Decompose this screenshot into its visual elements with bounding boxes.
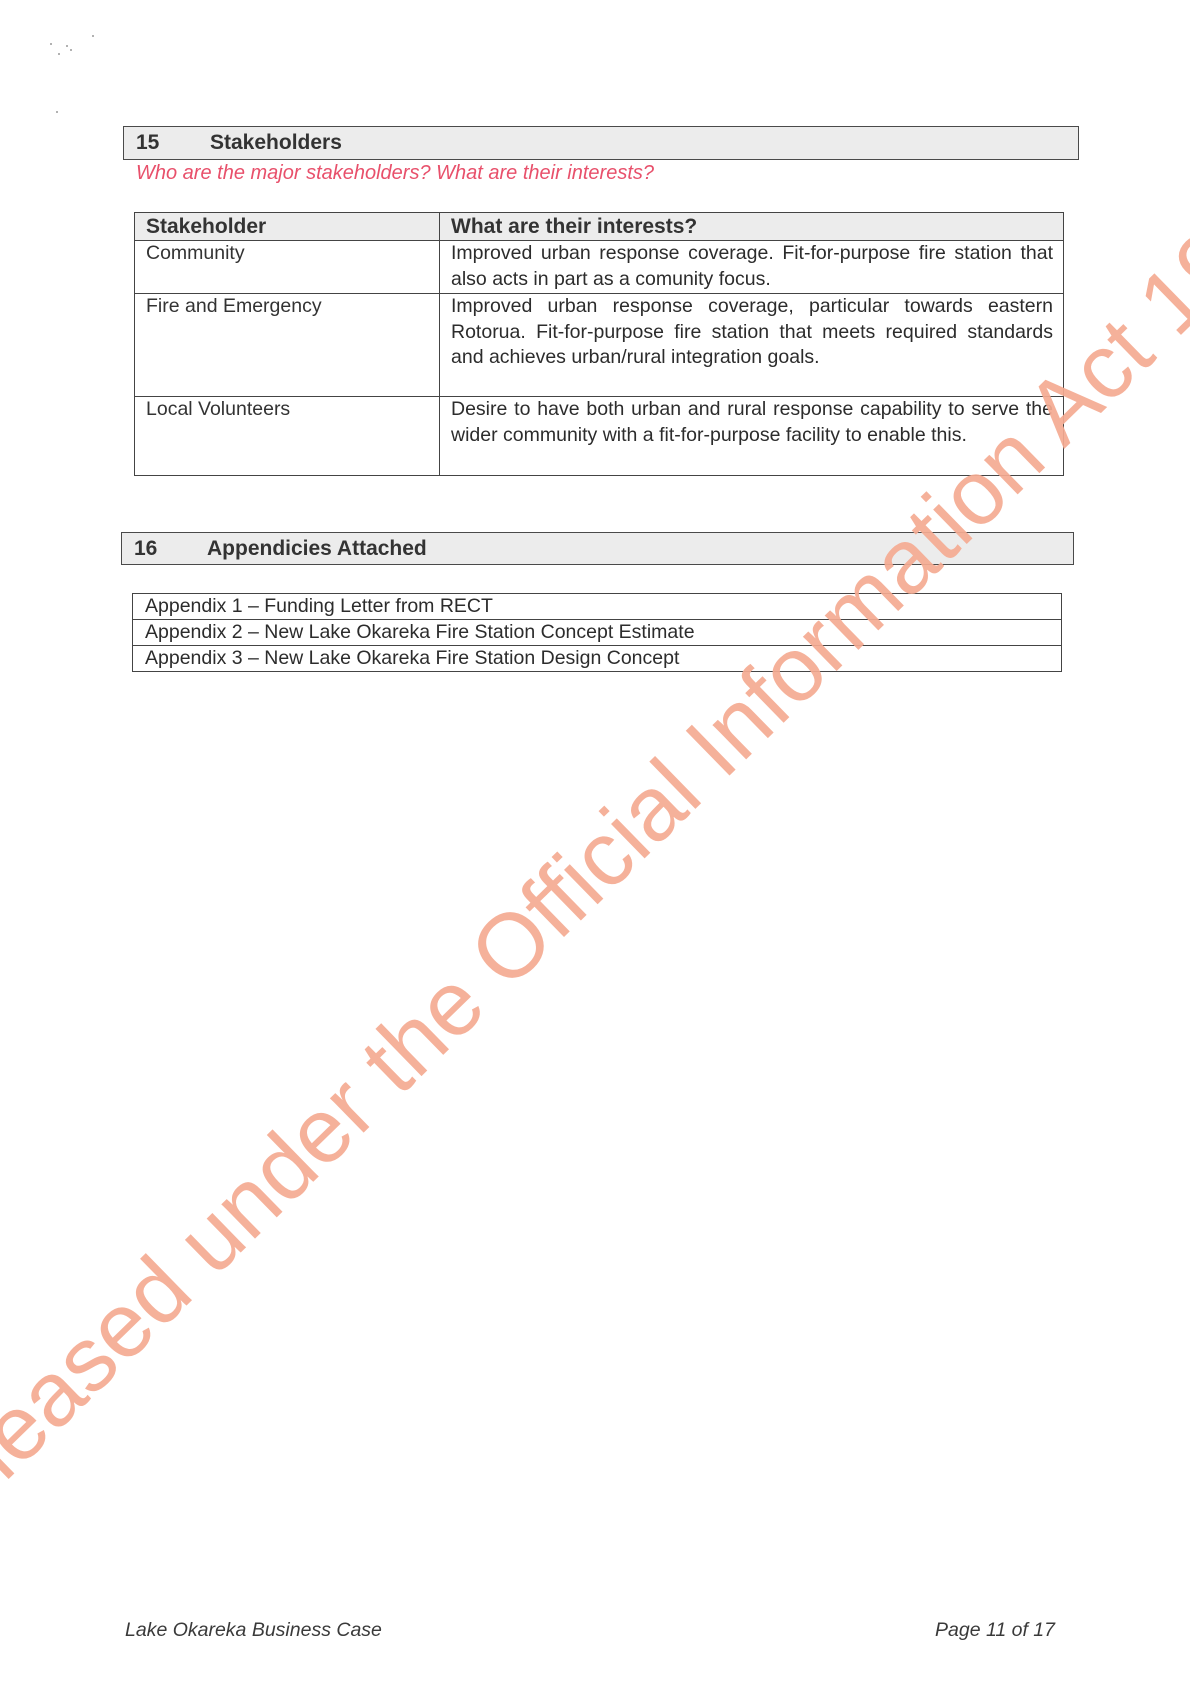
section-prompt: Who are the major stakeholders? What are…	[136, 162, 654, 185]
stakeholder-cell: Local Volunteers	[135, 397, 440, 476]
table-row: Appendix 1 – Funding Letter from RECT	[133, 594, 1062, 620]
stakeholder-table: Stakeholder What are their interests? Co…	[134, 212, 1064, 476]
scan-artifacts	[20, 35, 110, 135]
column-header-stakeholder: Stakeholder	[135, 213, 440, 241]
table-row: Local Volunteers Desire to have both urb…	[135, 397, 1064, 476]
appendix-item: Appendix 2 – New Lake Okareka Fire Stati…	[133, 620, 1062, 646]
stakeholder-cell: Community	[135, 241, 440, 294]
section-title: Stakeholders	[210, 131, 342, 155]
table-header-row: Stakeholder What are their interests?	[135, 213, 1064, 241]
appendix-table: Appendix 1 – Funding Letter from RECT Ap…	[132, 593, 1062, 672]
table-row: Appendix 3 – New Lake Okareka Fire Stati…	[133, 646, 1062, 672]
interests-cell: Improved urban response coverage. Fit-fo…	[440, 241, 1064, 294]
footer-page-number: Page 11 of 17	[935, 1619, 1055, 1642]
footer-document-title: Lake Okareka Business Case	[125, 1619, 382, 1642]
interests-cell: Desire to have both urban and rural resp…	[440, 397, 1064, 476]
table-row: Appendix 2 – New Lake Okareka Fire Stati…	[133, 620, 1062, 646]
appendix-item: Appendix 3 – New Lake Okareka Fire Stati…	[133, 646, 1062, 672]
stakeholder-cell: Fire and Emergency	[135, 294, 440, 397]
section-15-heading: 15 Stakeholders	[123, 126, 1079, 160]
section-title: Appendicies Attached	[207, 537, 427, 561]
section-16-heading: 16 Appendicies Attached	[121, 532, 1074, 565]
table-row: Fire and Emergency Improved urban respon…	[135, 294, 1064, 397]
column-header-interests: What are their interests?	[440, 213, 1064, 241]
table-row: Community Improved urban response covera…	[135, 241, 1064, 294]
appendix-item: Appendix 1 – Funding Letter from RECT	[133, 594, 1062, 620]
section-number: 15	[136, 131, 210, 155]
interests-cell: Improved urban response coverage, partic…	[440, 294, 1064, 397]
section-number: 16	[134, 537, 207, 561]
